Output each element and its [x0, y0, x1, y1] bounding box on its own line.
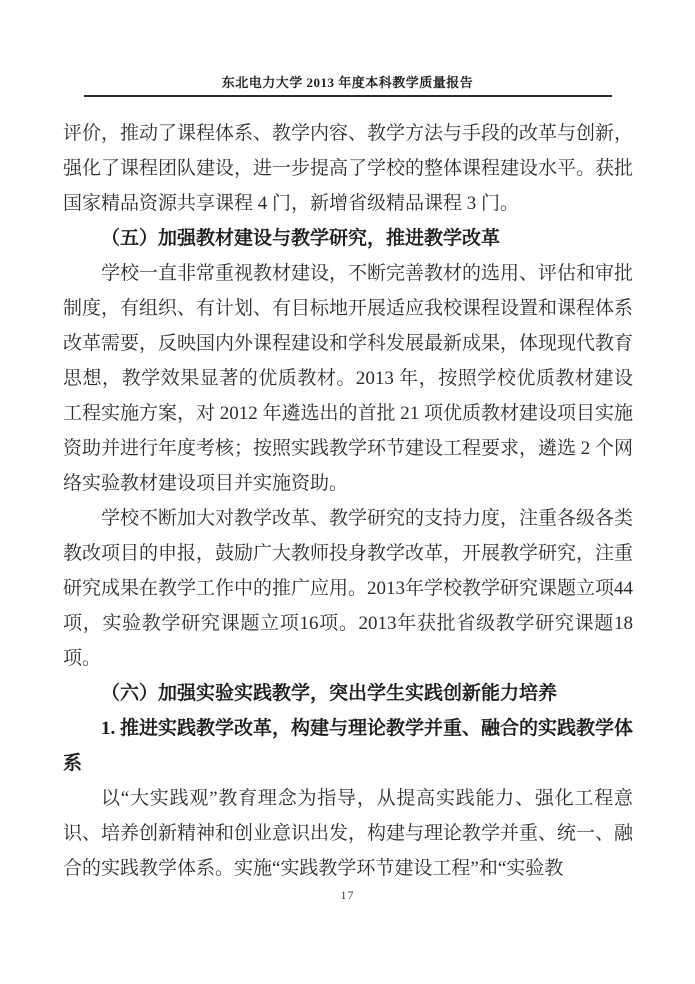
- page-content: 评价，推动了课程体系、教学内容、教学方法与手段的改革与创新，强化了课程团队建设，…: [63, 116, 633, 886]
- section-heading-5: （五）加强教材建设与教学研究，推进教学改革: [63, 221, 633, 256]
- page-number: 17: [341, 888, 355, 902]
- paragraph: 学校不断加大对教学改革、教学研究的支持力度，注重各级各类教改项目的申报，鼓励广大…: [63, 501, 633, 676]
- paragraph: 以“大实践观”教育理念为指导，从提高实践能力、强化工程意识、培养创新精神和创业意…: [63, 781, 633, 886]
- page-header: 东北电力大学 2013 年度本科教学质量报告: [0, 0, 695, 97]
- sub-heading-1: 1. 推进实践教学改革，构建与理论教学并重、融合的实践教学体系: [63, 711, 633, 781]
- header-rule: [84, 95, 612, 97]
- paragraph: 学校一直非常重视教材建设，不断完善教材的选用、评估和审批制度，有组织、有计划、有…: [63, 256, 633, 501]
- paragraph-continued: 评价，推动了课程体系、教学内容、教学方法与手段的改革与创新，强化了课程团队建设，…: [63, 116, 633, 221]
- section-heading-6: （六）加强实验实践教学，突出学生实践创新能力培养: [63, 676, 633, 711]
- running-header-title: 东北电力大学 2013 年度本科教学质量报告: [222, 74, 474, 92]
- page-footer: 17: [0, 886, 695, 904]
- document-page: 东北电力大学 2013 年度本科教学质量报告 评价，推动了课程体系、教学内容、教…: [0, 0, 695, 984]
